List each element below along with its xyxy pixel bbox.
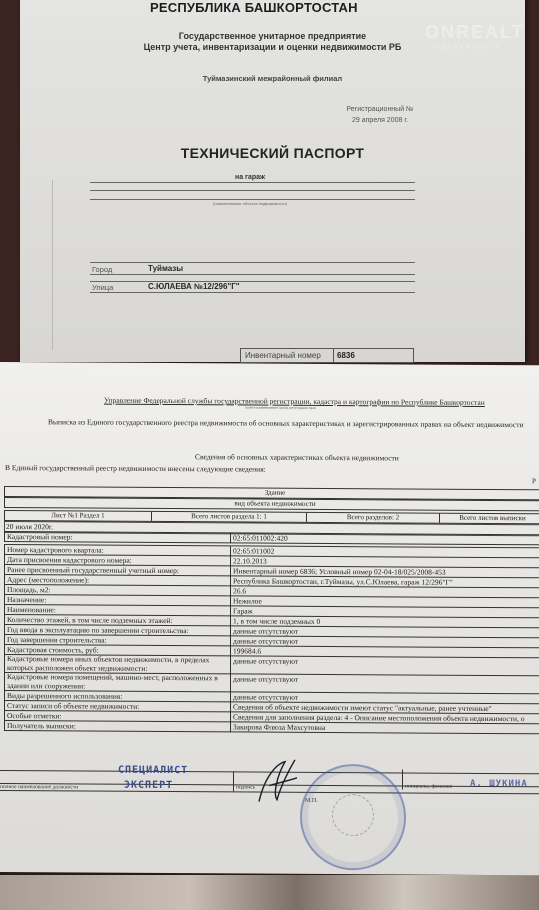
rule-line	[90, 274, 415, 275]
position-stamp-line2: ЭКСПЕРТ	[124, 780, 173, 791]
technical-passport-sheet: РЕСПУБЛИКА БАШКОРТОСТАН Государственное …	[20, 0, 525, 362]
registration-block: Регистрационный № 29 апреля 2008 г.	[325, 104, 435, 126]
row-label: Наименование:	[5, 605, 231, 616]
corner-mark: Р	[532, 477, 536, 485]
watermark-logo: ONREALT	[425, 22, 525, 43]
rule-line	[90, 199, 415, 200]
rule-line	[90, 182, 415, 183]
street-value: С.ЮЛАЕВА №12/296"Г"	[148, 282, 240, 291]
city-label: Город	[92, 265, 112, 274]
republic-heading: РЕСПУБЛИКА БАШКОРТОСТАН	[150, 0, 358, 15]
city-value: Туймазы	[148, 264, 183, 273]
passport-title: ТЕХНИЧЕСКИЙ ПАСПОРТ	[20, 145, 525, 161]
position-stamp-line1: СПЕЦИАЛИСТ	[118, 765, 188, 776]
row-label: Адрес (местоположение):	[5, 575, 231, 586]
characteristics-table: Кадастровый номер: 02:65:011002:420 Номе…	[4, 531, 539, 734]
row-label: Ранее присвоенный государственный учетны…	[5, 565, 231, 576]
object-caption: (наименование объекта недвижимости)	[20, 201, 480, 206]
sheet-info-cell: Лист №1 Раздел 1	[5, 511, 152, 521]
row-label: Кадастровая стоимость, руб:	[5, 645, 231, 656]
row-value: Закирова Флюза Махсутовна	[231, 722, 539, 734]
object-name: на гараж	[20, 174, 480, 181]
row-label: Получатель выписки:	[5, 721, 231, 732]
agency-caption: полное наименование органа регистрации п…	[245, 405, 316, 409]
floor-background	[0, 875, 539, 910]
row-label: Кадастровый номер:	[5, 532, 231, 543]
street-label: Улица	[92, 283, 113, 292]
sheet-info-cell: Всего листов раздела 1: 1	[152, 512, 307, 522]
signature-label: подпись	[236, 784, 255, 790]
row-label: Дата присвоения кадастрового номера:	[5, 555, 231, 566]
branch-name: Туймазинский межрайонный филиал	[20, 74, 525, 83]
handwritten-signature	[255, 756, 300, 806]
row-label: Статус записи об объекте недвижимости:	[5, 701, 231, 712]
signature-divider	[233, 771, 234, 791]
row-value: данные отсутствуют	[231, 656, 539, 676]
row-label: Назначение:	[5, 595, 231, 606]
watermark-tagline: недвижимость	[430, 44, 501, 51]
official-seal-stamp	[300, 764, 406, 871]
row-label: Количество этажей, в том числе подземных…	[5, 615, 231, 626]
row-value: данные отсутствуют	[231, 674, 539, 694]
inventory-number-box: Инвентарный номер 6836	[240, 348, 414, 363]
signature-divider	[402, 769, 403, 789]
extract-intro: В Единый государственный реестр недвижим…	[5, 463, 266, 474]
inventory-label: Инвентарный номер	[241, 349, 334, 362]
rule-line	[90, 190, 415, 191]
egrn-extract-sheet: Управление Федеральной службы государств…	[0, 362, 539, 875]
row-label: Площадь, м2:	[5, 585, 231, 596]
row-label: Особые отметки:	[5, 711, 231, 722]
row-label: Номер кадастрового квартала:	[5, 545, 231, 556]
position-label: полное наименование должности	[0, 784, 78, 790]
sheet-info-cell: Всего разделов: 2	[307, 513, 440, 523]
extract-subtitle: Сведения об основных характеристиках объ…	[195, 452, 399, 462]
sheet-info-cell: Всего листов выписки	[440, 514, 539, 524]
inventory-value: 6836	[334, 349, 355, 362]
object-type-caption: вид объекта недвижимости	[4, 497, 539, 511]
rule-line	[90, 262, 415, 263]
initials-value: А. ЩУКИНА	[470, 779, 528, 789]
row-label: Год ввода в эксплуатацию по завершении с…	[5, 625, 231, 636]
row-label: Виды разрешенного использования:	[5, 691, 231, 702]
registration-date: 29 апреля 2008 г.	[325, 115, 435, 126]
row-label: Кадастровые номера иных объектов недвижи…	[5, 655, 231, 674]
registration-label: Регистрационный №	[325, 104, 435, 115]
rule-line	[90, 292, 415, 293]
rule-line	[90, 281, 415, 282]
initials-label: инициалы, фамилия	[405, 783, 452, 789]
row-label: Кадастровые номера помещений, машино-мес…	[5, 673, 231, 692]
extract-title: Выписка из Единого государственного реес…	[48, 417, 524, 429]
row-label: Год завершения строительства:	[5, 635, 231, 646]
